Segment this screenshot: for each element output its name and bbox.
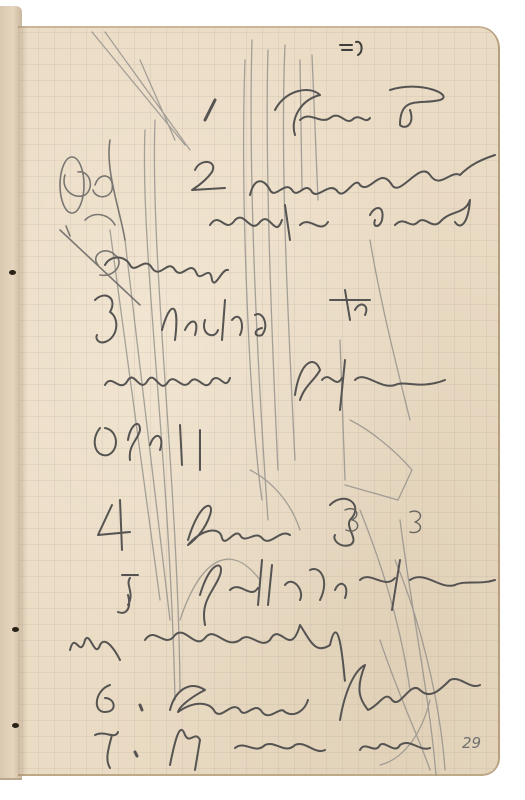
handwriting <box>70 87 495 770</box>
sketch-annotations <box>345 509 420 533</box>
page-number: 29 <box>462 734 481 752</box>
top-mark <box>340 42 362 55</box>
left-sketch-cluster <box>60 140 140 305</box>
pencil-drawing <box>0 0 525 800</box>
background-sketch <box>92 32 445 775</box>
scan-canvas: 29 <box>0 0 525 800</box>
